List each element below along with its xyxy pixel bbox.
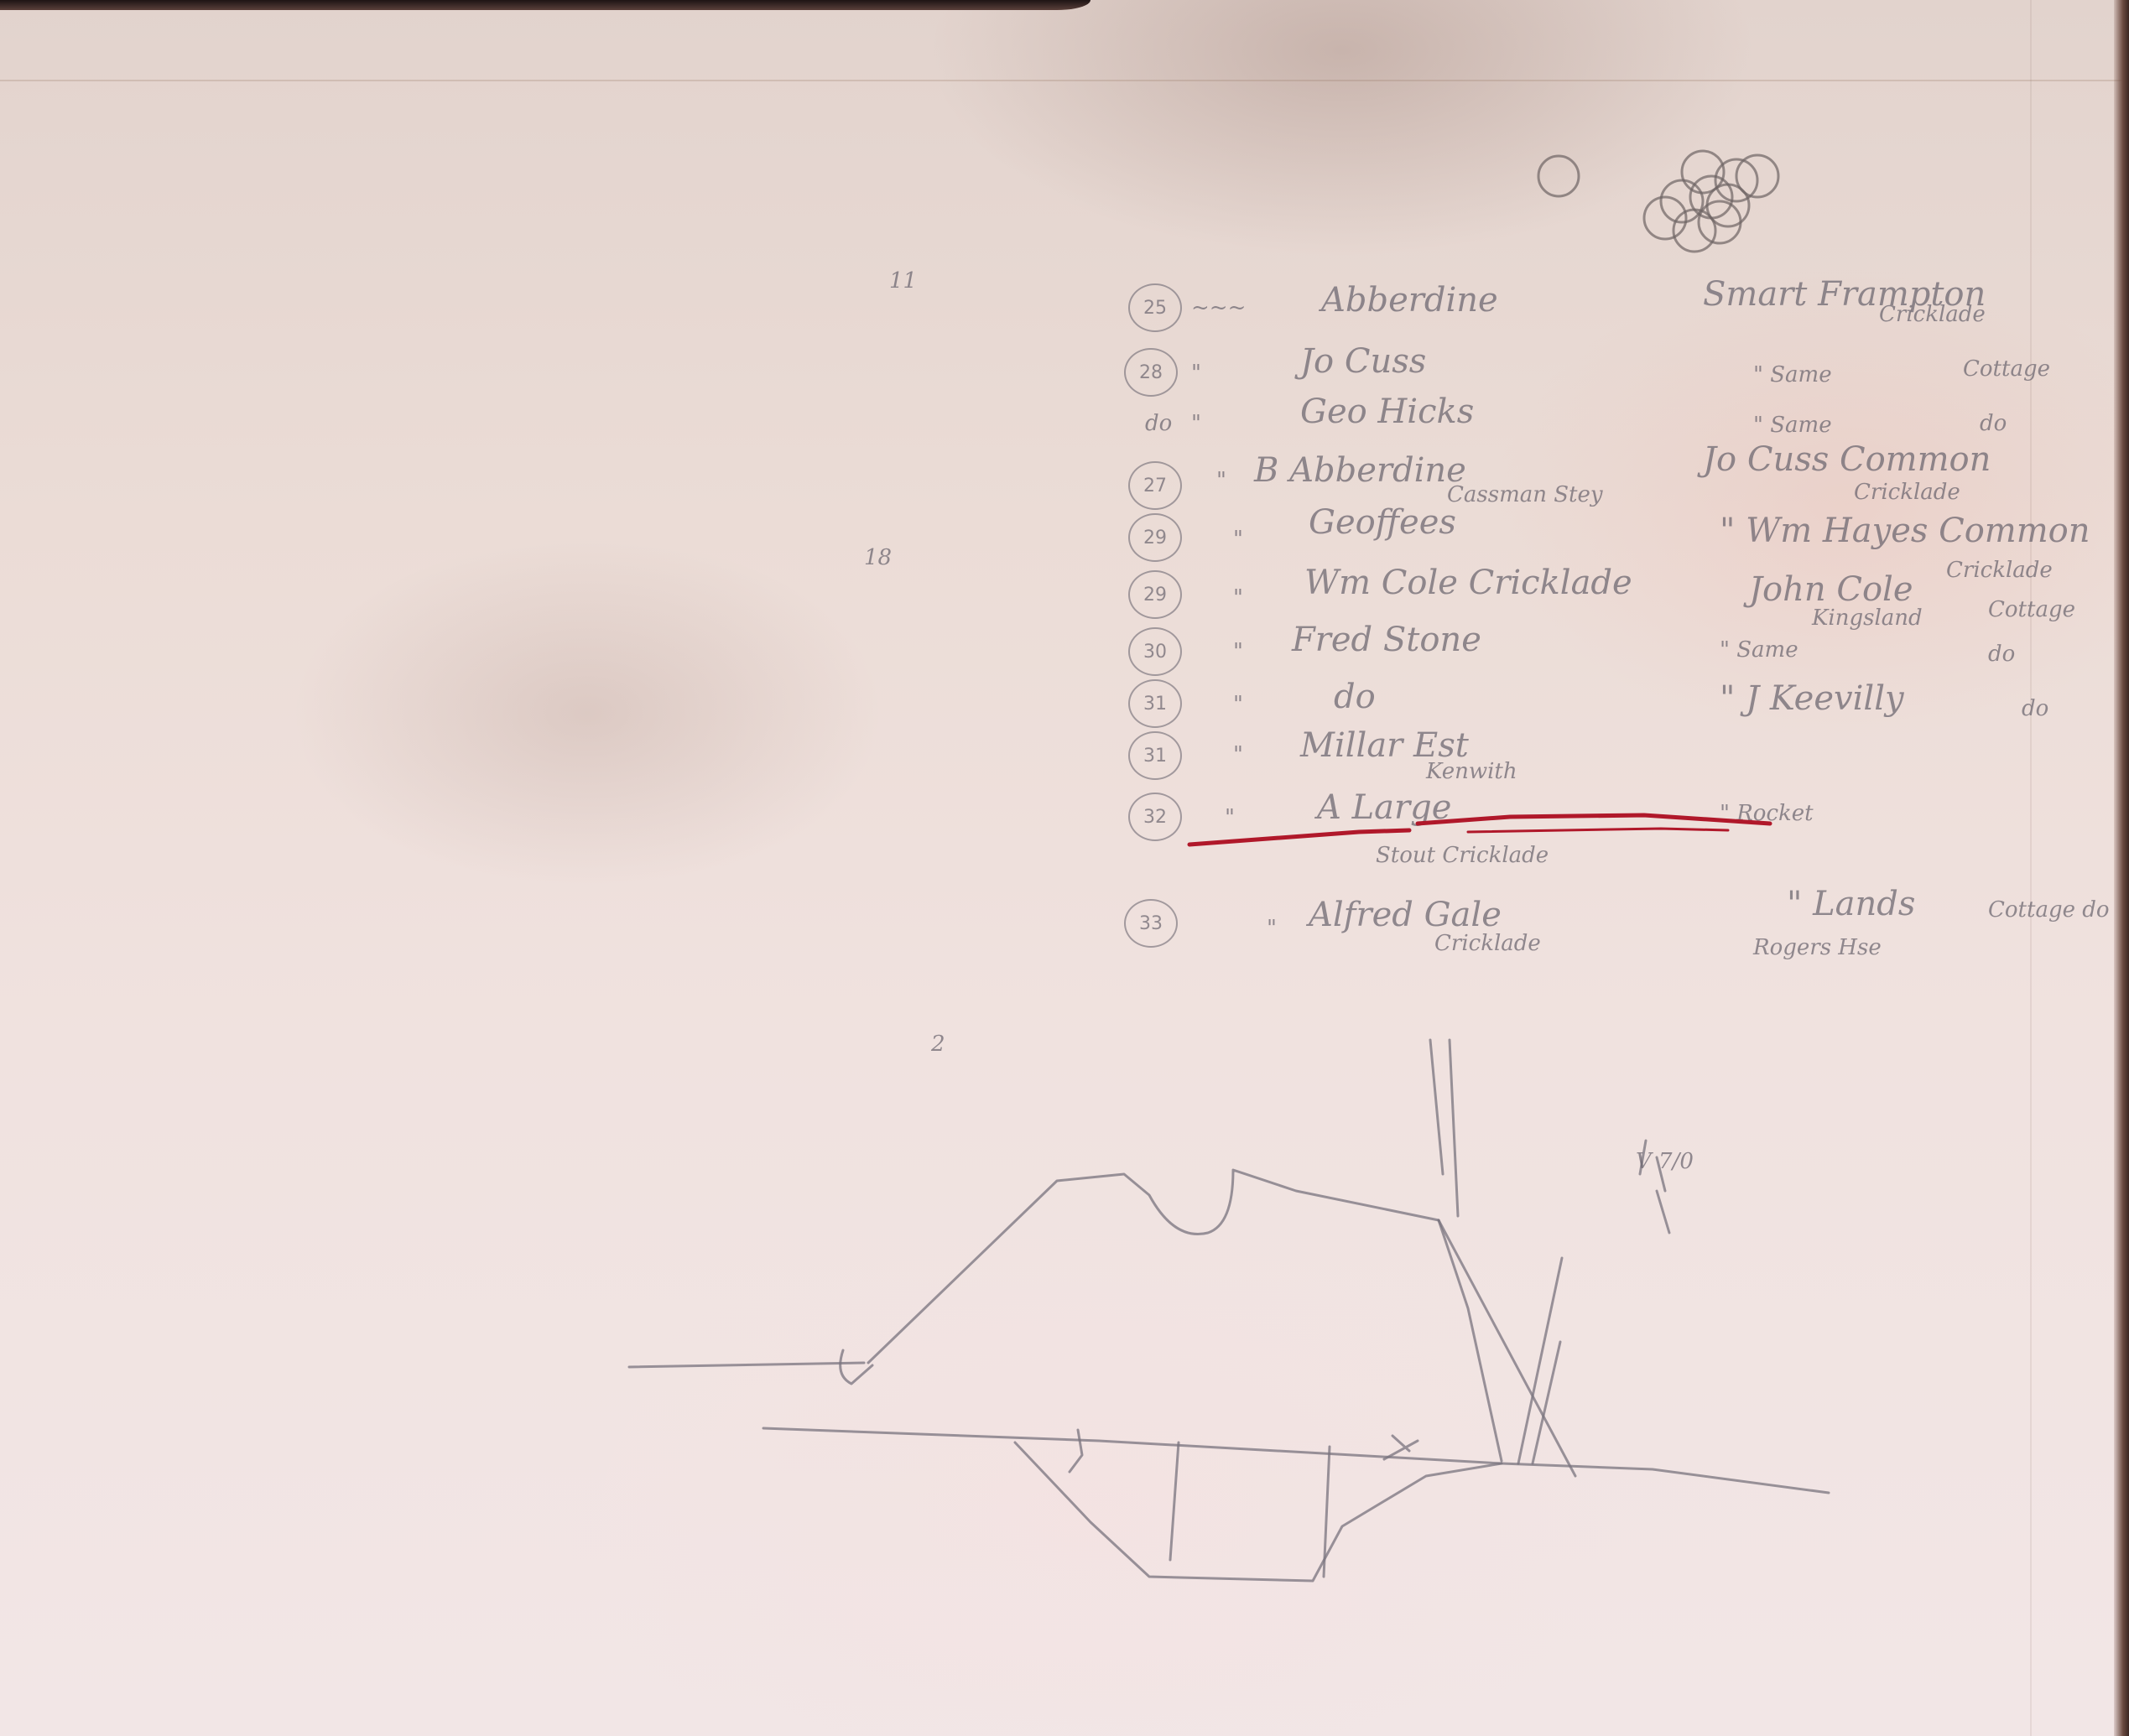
document-page: 11 18 2 25 ~~~ Abberdine 28 " Jo Cuss do…: [0, 0, 2129, 1736]
pencil-sketch: [629, 1040, 1829, 1581]
sketch-layer: [0, 0, 2129, 1736]
red-strike-line: [1189, 815, 1770, 845]
sketch-label: V 7/0: [1636, 1149, 1694, 1174]
